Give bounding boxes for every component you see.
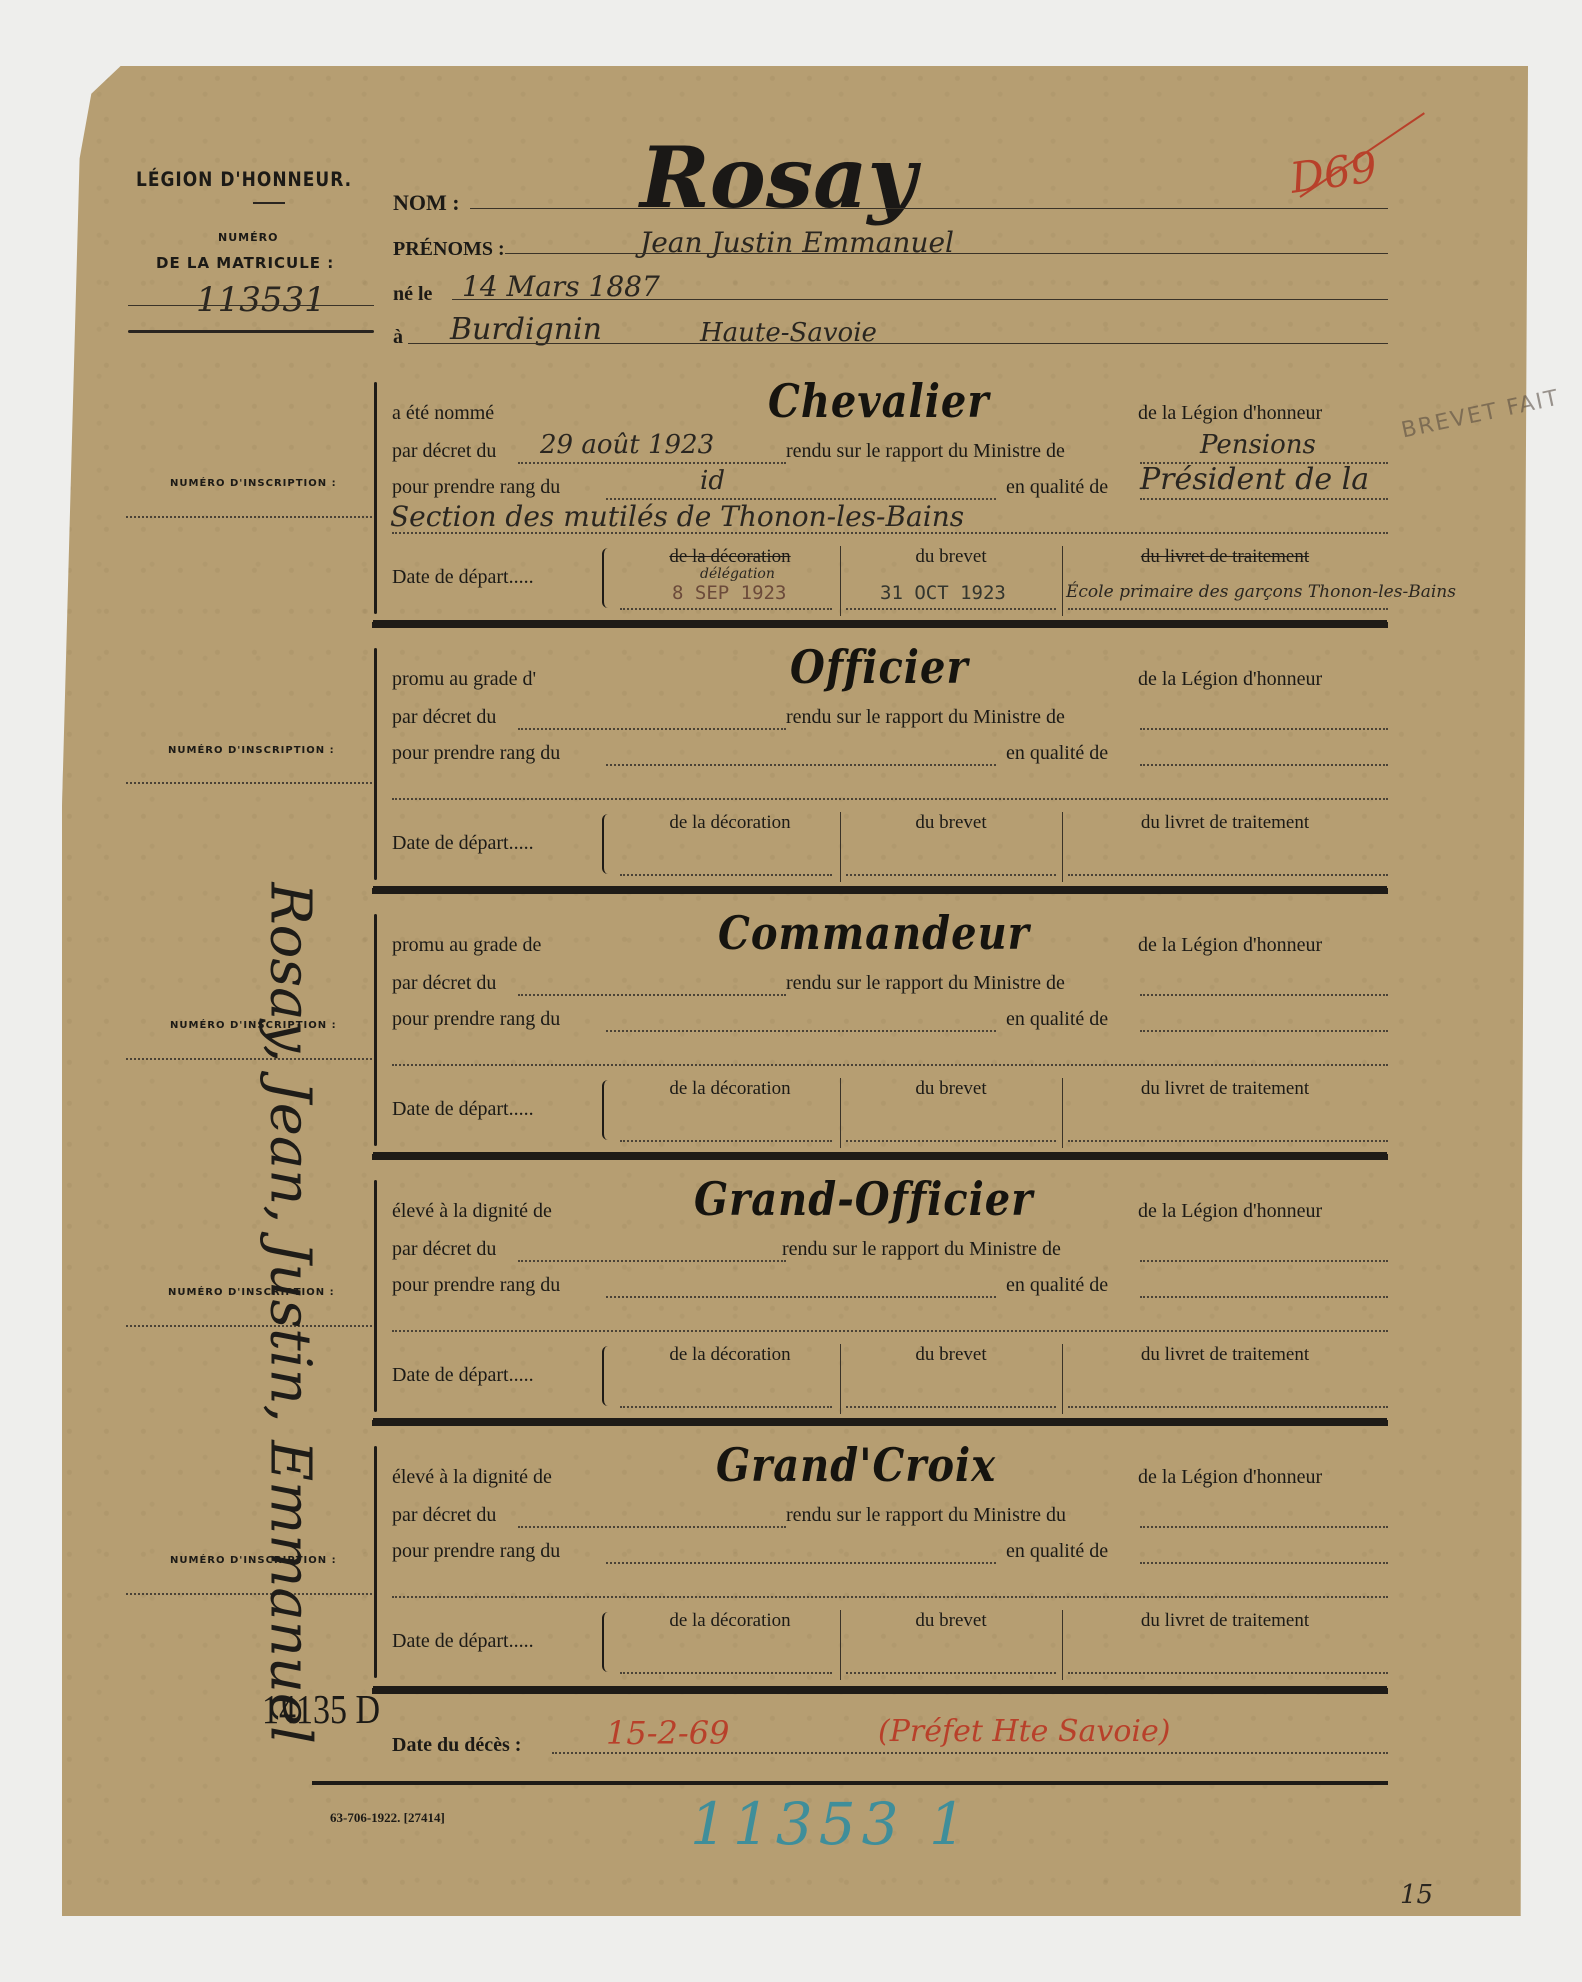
- matricule-underline: [128, 305, 374, 306]
- brevet-dots: [846, 1406, 1056, 1408]
- col-decoration: de la décoration: [620, 812, 840, 834]
- legion-suffix: de la Légion d'honneur: [1138, 668, 1322, 691]
- decoration-dots: [620, 1140, 832, 1142]
- ministre-dots: [1140, 1260, 1388, 1262]
- livret-dots: [1068, 874, 1388, 876]
- matricule-label: DE LA MATRICULE :: [156, 254, 334, 272]
- decret-label: par décret du: [392, 440, 496, 463]
- depart-label: Date de départ.....: [392, 566, 534, 589]
- section-rule: [372, 1420, 1388, 1426]
- section-brace: [374, 1446, 377, 1678]
- lieu-line: [408, 343, 1388, 344]
- rapport-label: rendu sur le rapport du Ministre de: [786, 440, 1065, 463]
- grade-grand-officier: Grand-Officier: [694, 1172, 1033, 1226]
- col-brevet: du brevet: [840, 546, 1062, 568]
- rang-dots: [606, 764, 996, 766]
- depart-brace: [602, 814, 608, 874]
- ministre-dots: [1140, 994, 1388, 996]
- section-rule: [372, 622, 1388, 628]
- grade-commandeur: Commandeur: [718, 906, 1030, 960]
- qualite-line2-dots: [392, 1596, 1388, 1598]
- prefix-grand-officier: élevé à la dignité de: [392, 1200, 552, 1223]
- col-livret: du livret de traitement: [1062, 1344, 1388, 1366]
- decret-value: 29 août 1923: [540, 430, 714, 460]
- lieu-value: Burdignin: [450, 312, 602, 347]
- deces-label: Date du décès :: [392, 1734, 521, 1757]
- matricule-flourish: [128, 330, 374, 333]
- footer-rule: [312, 1781, 1388, 1785]
- depart-brace: [602, 1612, 608, 1672]
- deces-dots: [552, 1752, 1388, 1754]
- rang-label: pour prendre rang du: [392, 1274, 560, 1297]
- rapport-label: rendu sur le rapport du Ministre du: [786, 1504, 1066, 1527]
- inscription-label-chevalier: NUMÉRO D'INSCRIPTION :: [170, 478, 337, 489]
- grade-officier: Officier: [790, 640, 969, 694]
- blue-number: 11353 1: [690, 1790, 972, 1858]
- decret-label: par décret du: [392, 972, 496, 995]
- prefix-officier: promu au grade d': [392, 668, 536, 691]
- rapport-label: rendu sur le rapport du Ministre de: [782, 1238, 1061, 1261]
- legion-title: LÉGION D'HONNEUR.: [136, 169, 352, 192]
- brevet-dots: [846, 874, 1056, 876]
- decoration-dots: [620, 608, 832, 610]
- decret-label: par décret du: [392, 1238, 496, 1261]
- depart-label: Date de départ.....: [392, 832, 534, 855]
- legion-suffix: de la Légion d'honneur: [1138, 1466, 1322, 1489]
- ministre-value: Pensions: [1200, 430, 1316, 460]
- print-ref: 63-706-1922. [27414]: [330, 1810, 445, 1826]
- prenoms-line: [505, 253, 1388, 254]
- inscription-line-grand-officier: [126, 1325, 372, 1327]
- qualite-label: en qualité de: [1006, 1274, 1108, 1297]
- grade-chevalier: Chevalier: [768, 374, 989, 428]
- depart-label: Date de départ.....: [392, 1364, 534, 1387]
- qualite-dots: [1140, 1296, 1388, 1298]
- brevet-dots: [846, 1140, 1056, 1142]
- a-label: à: [393, 326, 403, 349]
- decret-label: par décret du: [392, 1504, 496, 1527]
- ministre-dots: [1140, 728, 1388, 730]
- decoration-note: délégation: [700, 566, 775, 582]
- qualite-label: en qualité de: [1006, 1008, 1108, 1031]
- nom-label: NOM :: [393, 190, 460, 216]
- qualite-line2-dots: [392, 1064, 1388, 1066]
- qualite-label: en qualité de: [1006, 1540, 1108, 1563]
- rang-label: pour prendre rang du: [392, 476, 560, 499]
- corner-mark: 15: [1400, 1880, 1433, 1910]
- decret-label: par décret du: [392, 706, 496, 729]
- inscription-line-commandeur: [126, 1058, 372, 1060]
- legion-suffix: de la Légion d'honneur: [1138, 402, 1322, 425]
- col-livret: du livret de traitement: [1062, 1078, 1388, 1100]
- section-brace: [374, 648, 377, 880]
- decret-dots: [518, 994, 786, 996]
- nom-line: [470, 208, 1388, 209]
- decoration-dots: [620, 874, 832, 876]
- section-rule: [372, 1154, 1388, 1160]
- col-livret: du livret de traitement: [1062, 1610, 1388, 1632]
- col-decoration: de la décoration: [620, 1610, 840, 1632]
- title-divider: [253, 202, 285, 204]
- section-brace: [374, 914, 377, 1146]
- deces-value: 15-2-69: [606, 1714, 729, 1752]
- rang-label: pour prendre rang du: [392, 1540, 560, 1563]
- col-decoration: de la décoration: [620, 546, 840, 568]
- grade-grand-croix: Grand'Croix: [716, 1438, 996, 1492]
- inscription-line-grand-croix: [126, 1593, 372, 1595]
- decoration-stamp: 8 SEP 1923: [672, 582, 786, 604]
- rang-label: pour prendre rang du: [392, 1008, 560, 1031]
- rapport-label: rendu sur le rapport du Ministre de: [786, 972, 1065, 995]
- rang-dots: [606, 1296, 996, 1298]
- prenoms-label: PRÉNOMS :: [393, 238, 505, 261]
- qualite-line2-dots: [392, 1330, 1388, 1332]
- rang-dots: [606, 1030, 996, 1032]
- col-brevet: du brevet: [840, 1610, 1062, 1632]
- depart-brace: [602, 1080, 608, 1140]
- col-livret: du livret de traitement: [1062, 812, 1388, 834]
- deces-source: (Préfet Hte Savoie): [878, 1714, 1170, 1749]
- decoration-dots: [620, 1672, 832, 1674]
- livret-value: École primaire des garçons Thonon-les-Ba…: [1066, 582, 1456, 602]
- livret-dots: [1068, 608, 1388, 610]
- inscription-line-officier: [126, 782, 372, 784]
- col-decoration: de la décoration: [620, 1078, 840, 1100]
- qualite-dots: [1140, 1562, 1388, 1564]
- section-brace: [374, 1180, 377, 1412]
- legion-suffix: de la Légion d'honneur: [1138, 1200, 1322, 1223]
- decret-dots: [518, 1260, 786, 1262]
- col-brevet: du brevet: [840, 1078, 1062, 1100]
- qualite-line2: Section des mutilés de Thonon-les-Bains: [390, 500, 964, 533]
- section-brace: [374, 382, 377, 614]
- rang-value: id: [700, 466, 725, 496]
- inscription-line-chevalier: [126, 516, 372, 518]
- brevet-stamp: 31 OCT 1923: [880, 582, 1006, 604]
- nom-value: Rosay: [640, 128, 916, 227]
- depart-label: Date de départ.....: [392, 1098, 534, 1121]
- prenoms-value: Jean Justin Emmanuel: [640, 226, 954, 259]
- col-brevet: du brevet: [840, 1344, 1062, 1366]
- inscription-label-officier: NUMÉRO D'INSCRIPTION :: [168, 745, 335, 756]
- decoration-dots: [620, 1406, 832, 1408]
- matricule-value: 113531: [196, 280, 326, 320]
- rapport-label: rendu sur le rapport du Ministre de: [786, 706, 1065, 729]
- legion-suffix: de la Légion d'honneur: [1138, 934, 1322, 957]
- depart-brace: [602, 1346, 608, 1406]
- qualite-label: en qualité de: [1006, 476, 1108, 499]
- prefix-grand-croix: élevé à la dignité de: [392, 1466, 552, 1489]
- qualite-dots: [1140, 498, 1388, 500]
- col-decoration: de la décoration: [620, 1344, 840, 1366]
- decret-dots: [518, 462, 786, 464]
- prefix-chevalier: a été nommé: [392, 402, 494, 425]
- qualite-dots: [1140, 764, 1388, 766]
- qualite-line2-dots: [392, 798, 1388, 800]
- brevet-dots: [846, 608, 1056, 610]
- brevet-dots: [846, 1672, 1056, 1674]
- qualite-dots: [1140, 1030, 1388, 1032]
- ministre-dots: [1140, 1526, 1388, 1528]
- ne-le-label: né le: [393, 283, 432, 306]
- qualite-label: en qualité de: [1006, 742, 1108, 765]
- ne-le-line: [452, 299, 1388, 300]
- col-brevet: du brevet: [840, 812, 1062, 834]
- qualite-value: Président de la: [1140, 462, 1369, 497]
- dossier-number: 14135 D: [262, 1688, 380, 1734]
- decret-dots: [518, 1526, 786, 1528]
- prefix-commandeur: promu au grade de: [392, 934, 541, 957]
- rang-dots: [606, 1562, 996, 1564]
- col-livret: du livret de traitement: [1062, 546, 1388, 568]
- depart-label: Date de départ.....: [392, 1630, 534, 1653]
- rang-label: pour prendre rang du: [392, 742, 560, 765]
- depart-brace: [602, 548, 608, 608]
- livret-dots: [1068, 1140, 1388, 1142]
- matricule-label-top: NUMÉRO: [218, 231, 278, 244]
- livret-dots: [1068, 1672, 1388, 1674]
- section-rule: [372, 1688, 1388, 1694]
- side-name: Rosay, Jean, Justin, Emmanuel: [258, 883, 323, 1443]
- section-rule: [372, 888, 1388, 894]
- decret-dots: [518, 728, 786, 730]
- livret-dots: [1068, 1406, 1388, 1408]
